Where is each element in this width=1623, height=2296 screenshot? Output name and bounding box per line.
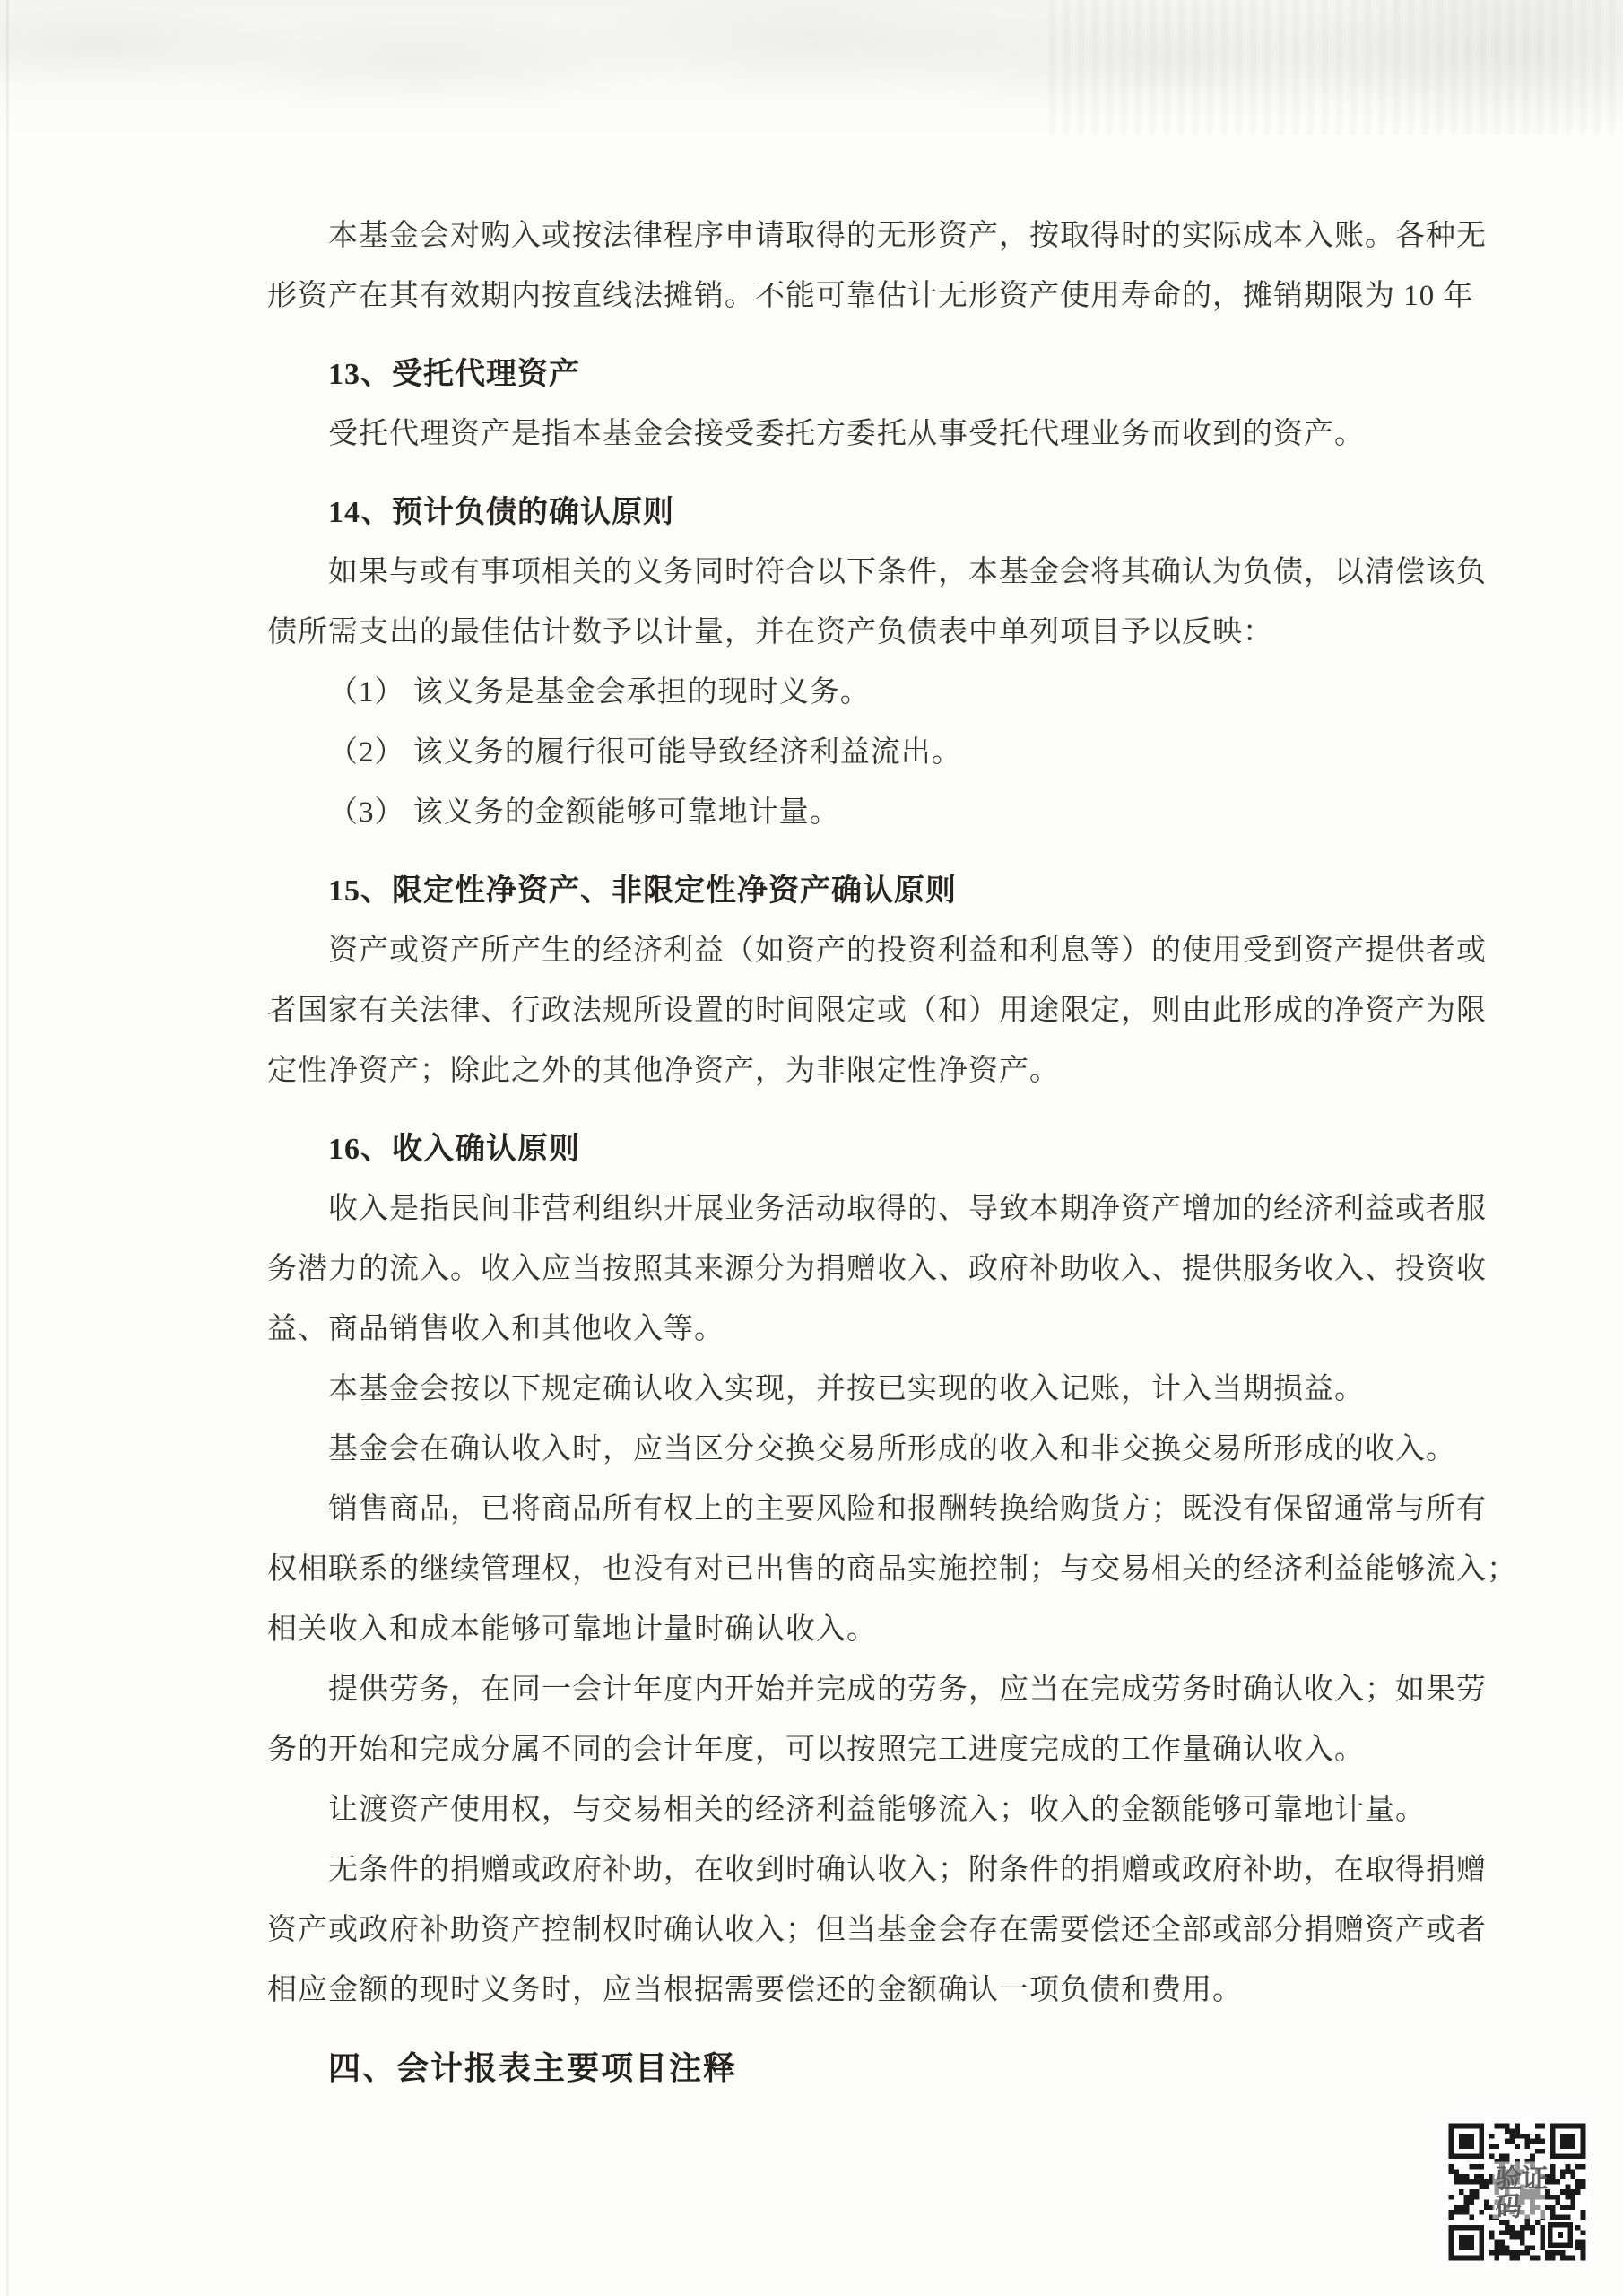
paragraph-line: 本基金会对购入或按法律程序申请取得的无形资产，按取得时的实际成本入账。各种无 xyxy=(267,206,1469,266)
section-heading-14: 14、预计负债的确认原则 xyxy=(267,483,1469,543)
qr-code: 验证 码 xyxy=(1444,2118,1591,2266)
document-content: 本基金会对购入或按法律程序申请取得的无形资产，按取得时的实际成本入账。各种无 形… xyxy=(267,206,1469,2099)
qr-label-line2: 码 xyxy=(1496,2193,1523,2222)
paragraph-line: 益、商品销售收入和其他收入等。 xyxy=(267,1300,1469,1360)
paragraph-line: 权相联系的继续管理权，也没有对已出售的商品实施控制；与交易相关的经济利益能够流入… xyxy=(267,1540,1469,1600)
scan-edge-line xyxy=(6,0,9,2296)
document-page: 本基金会对购入或按法律程序申请取得的无形资产，按取得时的实际成本入账。各种无 形… xyxy=(0,0,1623,2296)
section-heading-13: 13、受托代理资产 xyxy=(267,344,1469,404)
section-heading-main: 四、会计报表主要项目注释 xyxy=(267,2039,1469,2099)
paragraph-line: 销售商品，已将商品所有权上的主要风险和报酬转换给购货方；既没有保留通常与所有 xyxy=(267,1480,1469,1540)
paragraph-line: 无条件的捐赠或政府补助，在收到时确认收入；附条件的捐赠或政府补助，在取得捐赠 xyxy=(267,1840,1469,1900)
paragraph-line: 基金会在确认收入时，应当区分交换交易所形成的收入和非交换交易所形成的收入。 xyxy=(267,1420,1469,1480)
paragraph-line: 相关收入和成本能够可靠地计量时确认收入。 xyxy=(267,1600,1469,1660)
paragraph-line: 让渡资产使用权，与交易相关的经济利益能够流入；收入的金额能够可靠地计量。 xyxy=(267,1780,1469,1840)
paragraph-line: 形资产在其有效期内按直线法摊销。不能可靠估计无形资产使用寿命的，摊销期限为 10… xyxy=(267,266,1469,326)
paragraph-line: 如果与或有事项相关的义务同时符合以下条件，本基金会将其确认为负债，以清偿该负 xyxy=(267,543,1469,603)
qr-label-line1: 验证 xyxy=(1496,2164,1549,2194)
paragraph-line: 受托代理资产是指本基金会接受委托方委托从事受托代理业务而收到的资产。 xyxy=(267,404,1469,465)
section-heading-15: 15、限定性净资产、非限定性净资产确认原则 xyxy=(267,861,1469,921)
paragraph-line: 相应金额的现时义务时，应当根据需要偿还的金额确认一项负债和费用。 xyxy=(267,1961,1469,2021)
scan-noise-artifact xyxy=(0,0,1623,152)
paragraph-line: 资产或资产所产生的经济利益（如资产的投资利益和利息等）的使用受到资产提供者或 xyxy=(267,921,1469,981)
section-heading-16: 16、收入确认原则 xyxy=(267,1119,1469,1179)
paragraph-line: 资产或政府补助资产控制权时确认收入；但当基金会存在需要偿还全部或部分捐赠资产或者 xyxy=(267,1900,1469,1961)
paragraph-line: 收入是指民间非营利组织开展业务活动取得的、导致本期净资产增加的经济利益或者服 xyxy=(267,1179,1469,1239)
paragraph-line: 提供劳务，在同一会计年度内开始并完成的劳务，应当在完成劳务时确认收入；如果劳 xyxy=(267,1660,1469,1720)
paragraph-line: 定性净资产；除此之外的其他净资产，为非限定性净资产。 xyxy=(267,1041,1469,1101)
list-item-2: （2） 该义务的履行很可能导致经济利益流出。 xyxy=(267,723,1469,783)
paragraph-line: 本基金会按以下规定确认收入实现，并按已实现的收入记账，计入当期损益。 xyxy=(267,1360,1469,1420)
list-item-3: （3） 该义务的金额能够可靠地计量。 xyxy=(267,783,1469,843)
paragraph-line: 务的开始和完成分属不同的会计年度，可以按照完工进度完成的工作量确认收入。 xyxy=(267,1720,1469,1780)
list-item-1: （1） 该义务是基金会承担的现时义务。 xyxy=(267,663,1469,723)
paragraph-line: 者国家有关法律、行政法规所设置的时间限定或（和）用途限定，则由此形成的净资产为限 xyxy=(267,981,1469,1041)
paragraph-line: 债所需支出的最佳估计数予以计量，并在资产负债表中单列项目予以反映： xyxy=(267,603,1469,663)
paragraph-line: 务潜力的流入。收入应当按照其来源分为捐赠收入、政府补助收入、提供服务收入、投资收 xyxy=(267,1239,1469,1300)
scan-streaks-artifact xyxy=(1049,0,1623,135)
